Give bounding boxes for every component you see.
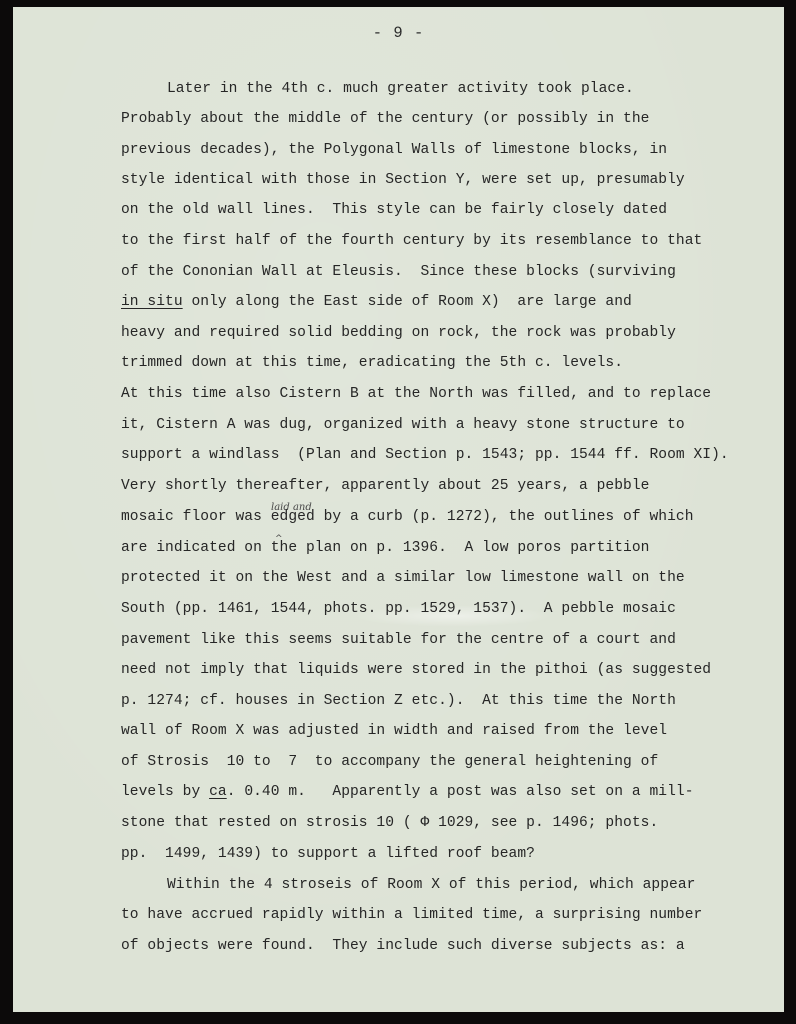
text-line: need not imply that liquids were stored … [121,661,711,679]
text-line: South (pp. 1461, 1544, phots. pp. 1529, … [121,600,676,618]
typewritten-page: - 9 - laid and ^ Later in the 4th c. muc… [13,7,784,1012]
text-line: stone that rested on strosis 10 ( Φ 1029… [121,814,658,832]
text-line: mosaic floor was edged by a curb (p. 127… [121,508,694,526]
text-line: previous decades), the Polygonal Walls o… [121,141,667,159]
text-line: support a windlass (Plan and Section p. … [121,446,729,464]
text-line: are indicated on the plan on p. 1396. A … [121,539,649,557]
text-line: of the Cononian Wall at Eleusis. Since t… [121,263,676,281]
text-line: protected it on the West and a similar l… [121,569,685,587]
text-line: style identical with those in Section Y,… [121,171,685,189]
text-line: to have accrued rapidly within a limited… [121,906,702,924]
text-line: wall of Room X was adjusted in width and… [121,722,667,740]
text-line: Later in the 4th c. much greater activit… [167,80,634,98]
text-line: Very shortly thereafter, apparently abou… [121,477,649,495]
text-line: in situ only along the East side of Room… [121,293,632,311]
text-line: levels by ca. 0.40 m. Apparently a post … [121,783,694,801]
text-line: to the first half of the fourth century … [121,232,702,250]
page-number: - 9 - [13,24,784,42]
text-line: of Strosis 10 to 7 to accompany the gene… [121,753,658,771]
text-line: on the old wall lines. This style can be… [121,201,667,219]
text-line: of objects were found. They include such… [121,937,685,955]
text-line: pavement like this seems suitable for th… [121,631,676,649]
text-line: heavy and required solid bedding on rock… [121,324,676,342]
text-line: it, Cistern A was dug, organized with a … [121,416,685,434]
text-line: trimmed down at this time, eradicating t… [121,354,623,372]
text-line: pp. 1499, 1439) to support a lifted roof… [121,845,535,863]
text-line: Probably about the middle of the century… [121,110,649,128]
text-line: Within the 4 stroseis of Room X of this … [167,876,695,894]
text-line: At this time also Cistern B at the North… [121,385,711,403]
underlined-term: in situ [121,294,183,310]
text-line: p. 1274; cf. houses in Section Z etc.). … [121,692,676,710]
underlined-term: ca [209,784,227,800]
